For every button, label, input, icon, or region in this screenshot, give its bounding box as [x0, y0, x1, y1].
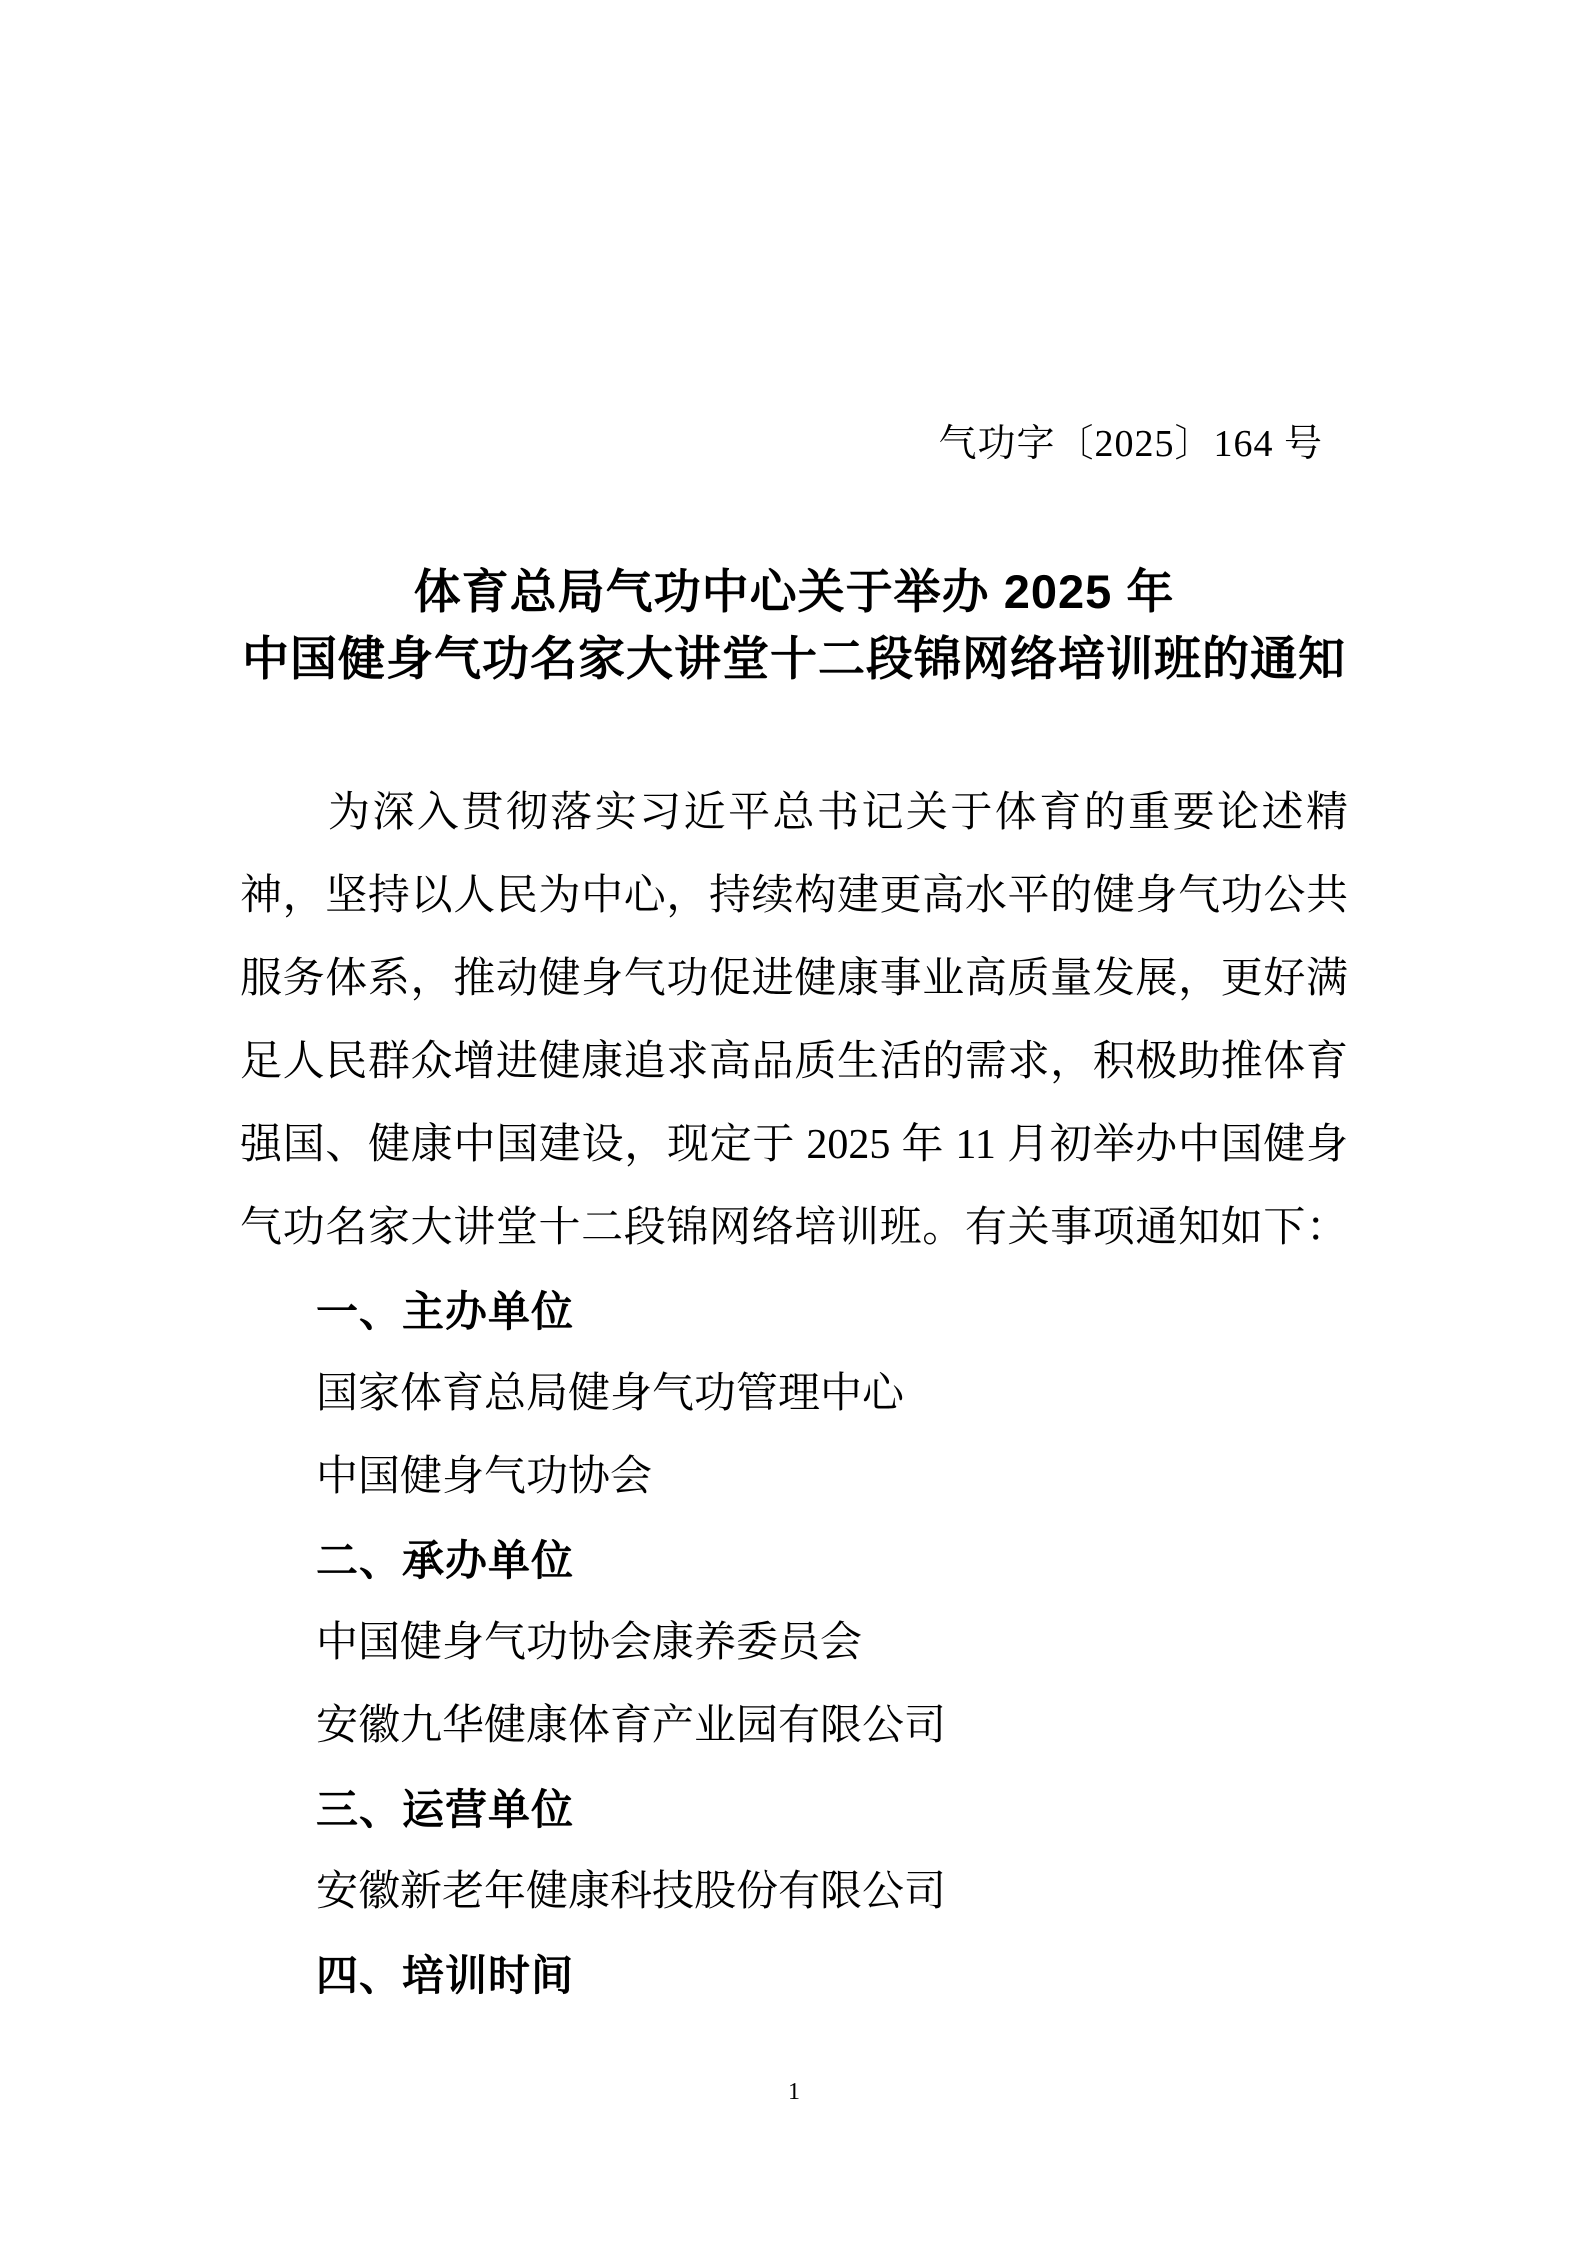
section-heading-organizer: 一、主办单位	[240, 1270, 1348, 1353]
document-body: 为深入贯彻落实习近平总书记关于体育的重要论述精 神，坚持以人民为中心，持续构建更…	[240, 772, 1348, 2017]
section-heading-operator: 三、运营单位	[240, 1768, 1348, 1851]
document-number: 气功字〔2025〕164 号	[938, 421, 1323, 467]
paragraph-line-6: 气功名家大讲堂十二段锦网络培训班。有关事项通知如下：	[240, 1187, 1348, 1270]
organizer-item-1: 国家体育总局健身气功管理中心	[240, 1353, 1348, 1436]
organizer-item-2: 中国健身气功协会	[240, 1436, 1348, 1519]
section-heading-training-time: 四、培训时间	[240, 1934, 1348, 2017]
paragraph-line-3: 服务体系，推动健身气功促进健康事业高质量发展，更好满	[240, 938, 1348, 1021]
document-title-line-2: 中国健身气功名家大讲堂十二段锦网络培训班的通知	[0, 625, 1588, 692]
page-number: 1	[0, 2077, 1588, 2107]
section-heading-undertaker: 二、承办单位	[240, 1519, 1348, 1602]
paragraph-line-4: 足人民群众增进健康追求高品质生活的需求，积极助推体育	[240, 1021, 1348, 1104]
undertaker-item-2: 安徽九华健康体育产业园有限公司	[240, 1685, 1348, 1768]
document-title: 体育总局气功中心关于举办 2025 年 中国健身气功名家大讲堂十二段锦网络培训班…	[0, 558, 1588, 692]
operator-item-1: 安徽新老年健康科技股份有限公司	[240, 1851, 1348, 1934]
paragraph-line-1: 为深入贯彻落实习近平总书记关于体育的重要论述精	[240, 772, 1348, 855]
document-title-line-1: 体育总局气功中心关于举办 2025 年	[0, 558, 1588, 625]
undertaker-item-1: 中国健身气功协会康养委员会	[240, 1602, 1348, 1685]
paragraph-line-2: 神，坚持以人民为中心，持续构建更高水平的健身气功公共	[240, 855, 1348, 938]
paragraph-line-5: 强国、健康中国建设，现定于 2025 年 11 月初举办中国健身	[240, 1104, 1348, 1187]
notice-document-page: 气功字〔2025〕164 号 体育总局气功中心关于举办 2025 年 中国健身气…	[0, 0, 1588, 2245]
